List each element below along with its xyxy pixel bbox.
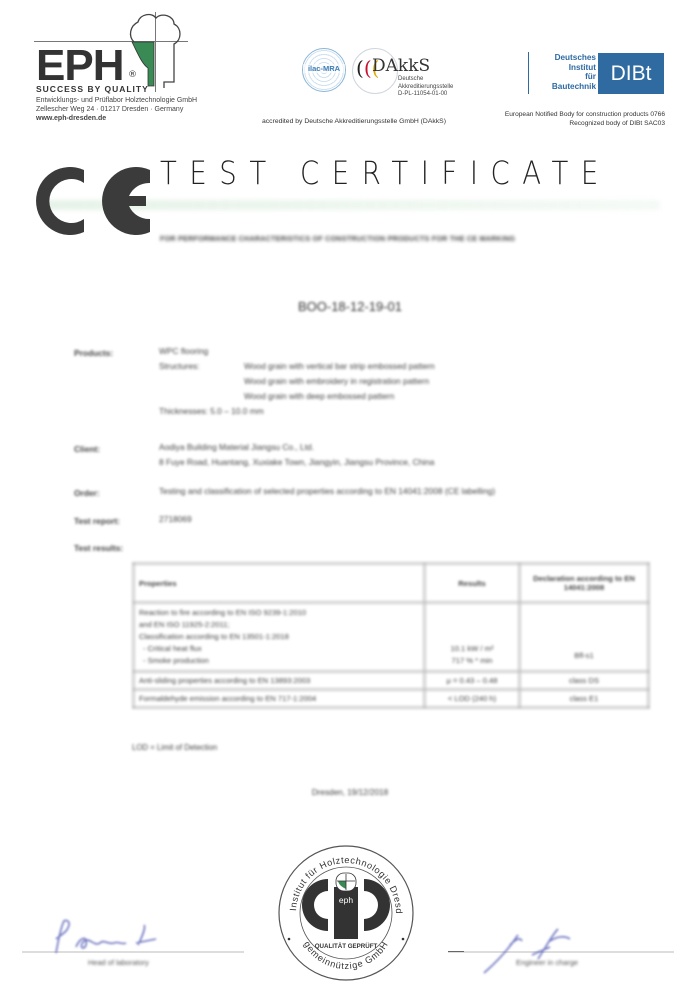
- ilac-mra-logo: ilac-MRA: [302, 48, 346, 92]
- registered-mark: ®: [128, 70, 137, 80]
- eph-address-line: Zellescher Weg 24 · 01217 Dresden · Germ…: [36, 105, 197, 114]
- property-line: Reaction to fire according to EN ISO 923…: [139, 607, 419, 619]
- dibt-name-line: Deutsches: [538, 53, 596, 63]
- property-cell: Formaldehyde emission according to EN 71…: [134, 690, 425, 708]
- declaration-cell: class E1: [520, 690, 649, 708]
- results-table: Properties Results Declaration according…: [132, 562, 650, 709]
- signature-head-of-laboratory: [38, 917, 178, 957]
- thicknesses: Thicknesses: 5.0 – 10.0 mm: [159, 404, 435, 419]
- structure-list: Wood grain with vertical bar strip embos…: [244, 359, 435, 404]
- client-name: Aodiya Building Material Jiangsu Co., Lt…: [159, 440, 434, 455]
- accredited-by-text: accredited by Deutsche Akkreditierungsst…: [262, 118, 446, 125]
- seal-eph-label: eph: [339, 895, 353, 905]
- dakks-accreditation-number: D-PL-11054-01-00: [398, 91, 453, 99]
- engineer-in-charge-label: Engineer in charge: [516, 958, 578, 967]
- client-block: Aodiya Building Material Jiangsu Co., Lt…: [159, 440, 434, 470]
- signature-line-right-mark: [448, 951, 464, 952]
- header-properties: Properties: [134, 564, 425, 603]
- products-block: WPC flooring Structures: Wood grain with…: [159, 344, 435, 419]
- ilac-mra-label: ilac-MRA: [303, 64, 345, 73]
- place-and-date: Dresden, 19/12/2018: [0, 788, 700, 797]
- certificate-number: BOO-18-12-19-01: [0, 299, 700, 314]
- property-cell: Anti-sliding properties according to EN …: [134, 672, 425, 690]
- eph-address: Entwicklungs- und Prüflabor Holztechnolo…: [36, 96, 197, 124]
- head-of-laboratory-label: Head of laboratory: [88, 958, 149, 967]
- products-label: Products:: [74, 348, 113, 358]
- property-line: Classification according to EN 13501-1:2…: [139, 631, 419, 643]
- notified-body-text: European Notified Body for construction …: [478, 111, 665, 129]
- table-row: Reaction to fire according to EN ISO 923…: [134, 603, 649, 672]
- client-label: Client:: [74, 444, 100, 454]
- test-report-value: 2718069: [159, 512, 192, 527]
- dibt-name-line: Institut: [538, 63, 596, 73]
- seal-quality-label: QUALITÄT GEPRÜFT: [315, 943, 378, 950]
- lod-footnote: LOD = Limit of Detection: [132, 743, 217, 752]
- table-row: Anti-sliding properties according to EN …: [134, 672, 649, 690]
- dakks-logo-text: DAkkS: [372, 56, 430, 76]
- eph-website-link[interactable]: www.eph-dresden.de: [36, 114, 197, 123]
- result-line: 717 % * min: [430, 655, 514, 667]
- ce-mark-icon: [26, 164, 154, 238]
- dibt-logo: DIBt: [598, 53, 664, 94]
- eph-wordmark: EPH: [36, 44, 123, 88]
- dakks-sub-line: Akkreditierungsstelle: [398, 84, 453, 92]
- order-label: Order:: [74, 488, 100, 498]
- results-header-row: Properties Results Declaration according…: [134, 564, 649, 603]
- result-line: 10.1 kW / m²: [430, 643, 514, 655]
- dibt-divider: [528, 52, 529, 94]
- dakks-subtitle: Deutsche Akkreditierungsstelle D-PL-1105…: [398, 76, 453, 99]
- client-address: 8 Fuye Road, Huantang, Xuxiake Town, Jia…: [159, 455, 434, 470]
- test-results-label: Test results:: [74, 543, 123, 553]
- property-line: - Critical heat flux: [139, 643, 419, 655]
- property-line: - Smoke production: [139, 655, 419, 667]
- eph-address-line: Entwicklungs- und Prüflabor Holztechnolo…: [36, 96, 197, 105]
- dibt-name-line: Bautechnik: [538, 82, 596, 92]
- notified-body-line: European Notified Body for construction …: [478, 111, 665, 120]
- product-name: WPC flooring: [159, 344, 435, 359]
- eph-slogan: SUCCESS BY QUALITY: [36, 84, 149, 94]
- dibt-name-line: für: [538, 72, 596, 82]
- quality-seal: Im Institut für Holztechnologie Dresden …: [276, 843, 416, 983]
- order-value: Testing and classification of selected p…: [159, 484, 495, 499]
- structure-item: Wood grain with vertical bar strip embos…: [244, 359, 435, 374]
- certificate-subtitle: FOR PERFORMANCE CHARACTERISTICS OF CONST…: [160, 234, 664, 243]
- property-cell: Reaction to fire according to EN ISO 923…: [134, 603, 425, 672]
- result-cell: 10.1 kW / m² 717 % * min: [425, 603, 520, 672]
- result-cell: < LOD (240 h): [425, 690, 520, 708]
- structure-item: Wood grain with embroidery in registrati…: [244, 374, 435, 389]
- property-line: and EN ISO 11925-2:2011;: [139, 619, 419, 631]
- declaration-cell: Bfl-s1: [520, 603, 649, 672]
- declaration-cell: class DS: [520, 672, 649, 690]
- structure-item: Wood grain with deep embossed pattern: [244, 389, 435, 404]
- structures-label: Structures:: [159, 359, 244, 404]
- header-results: Results: [425, 564, 520, 603]
- header-declaration: Declaration according to EN 14041:2008: [520, 564, 649, 603]
- recognized-body-line: Recognized body of DIBt SAC03: [478, 120, 665, 129]
- table-row: Formaldehyde emission according to EN 71…: [134, 690, 649, 708]
- dakks-sub-line: Deutsche: [398, 76, 453, 84]
- test-report-label: Test report:: [74, 516, 120, 526]
- result-cell: μ = 0.43 – 0.48: [425, 672, 520, 690]
- certificate-title: TEST CERTIFICATE: [160, 157, 611, 189]
- structures-row: Structures: Wood grain with vertical bar…: [159, 359, 435, 404]
- dibt-institute-name: Deutsches Institut für Bautechnik: [538, 53, 596, 91]
- signature-engineer-in-charge: [480, 925, 600, 975]
